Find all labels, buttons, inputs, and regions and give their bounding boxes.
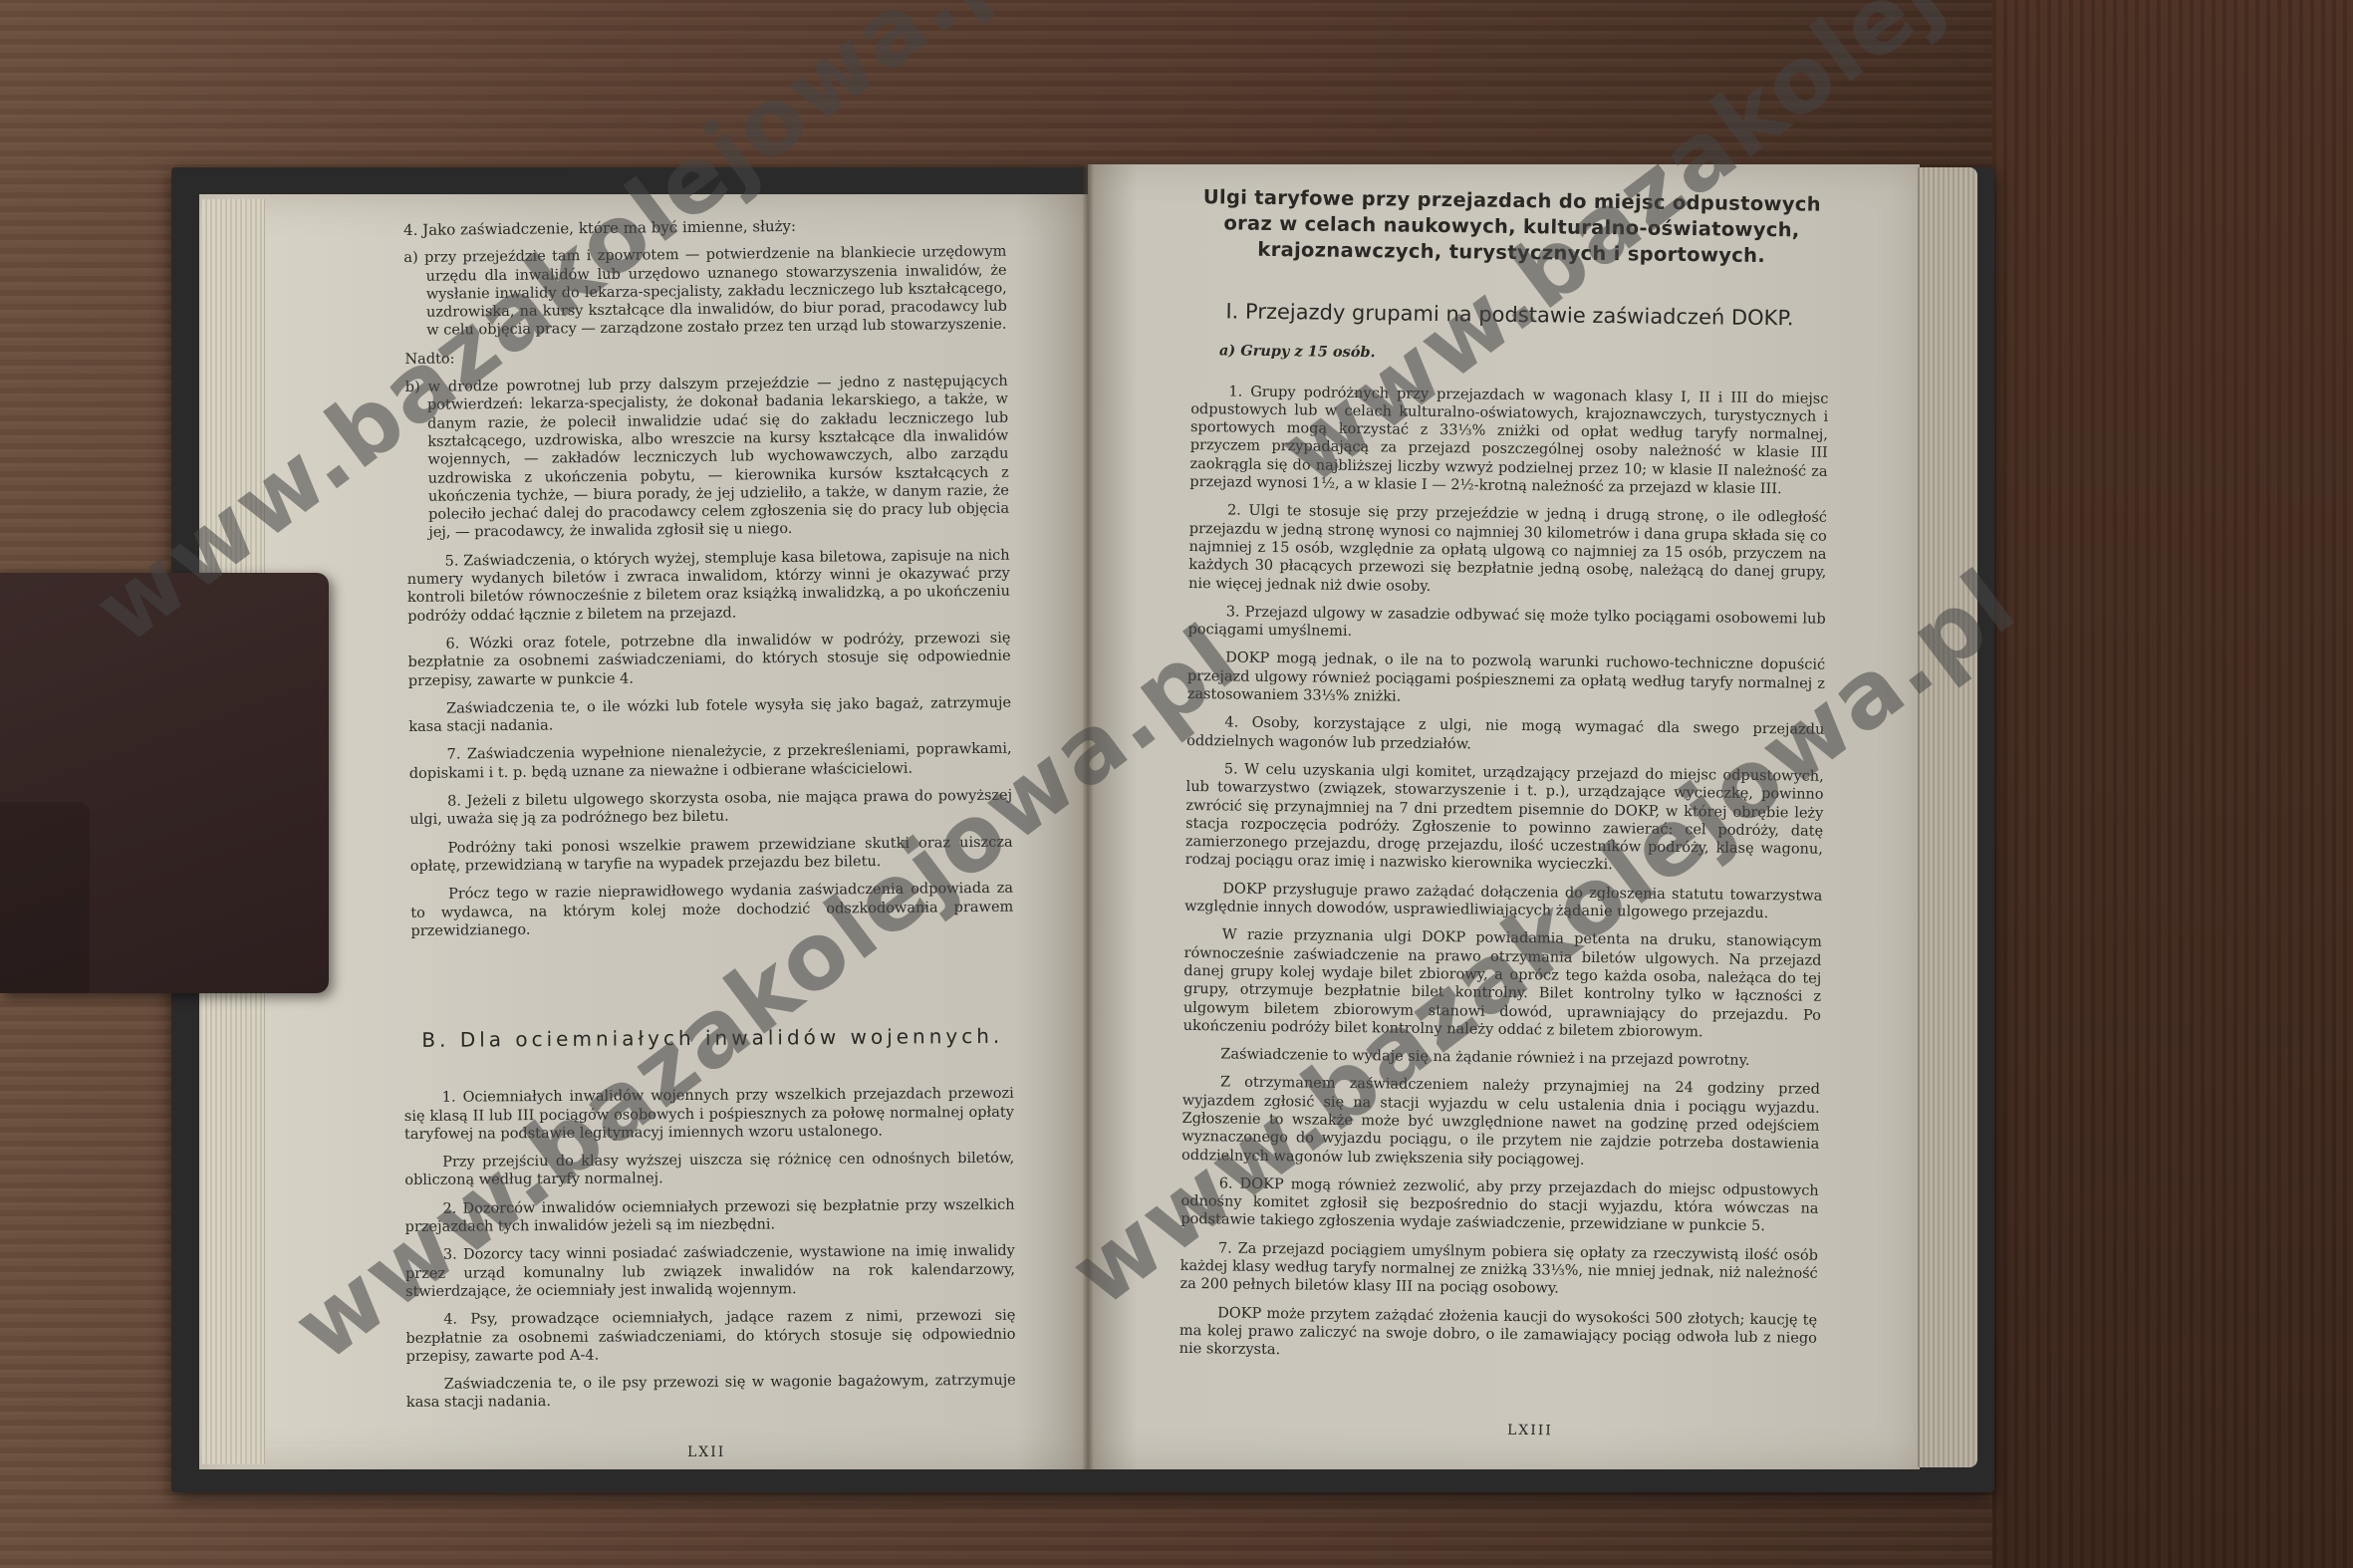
right-page-text: Ulgi taryfowe przy przejazdach do miejsc… bbox=[1178, 184, 1830, 1376]
paragraph: Prócz tego w razie nieprawidłowego wydan… bbox=[410, 880, 1014, 940]
paragraph: 6. DOKP mogą również zezwolić, aby przy … bbox=[1180, 1175, 1819, 1237]
paragraph: 7. Zaświadczenia wypełnione nienależycie… bbox=[409, 740, 1012, 783]
paragraph: Przy przejściu do klasy wyższej uiszcza … bbox=[404, 1150, 1014, 1190]
left-page-text-top: 4. Jako zaświadczenie, które ma być imie… bbox=[403, 215, 1014, 950]
paragraph: Zaświadczenie to wydaje się na żądanie r… bbox=[1182, 1045, 1820, 1071]
paragraph: Z otrzymanem zaświadczeniem należy przyn… bbox=[1181, 1073, 1820, 1172]
left-page-section-b: B. Dla ociemniałych inwalidów wojennych.… bbox=[403, 987, 1016, 1423]
book-gutter bbox=[1082, 164, 1094, 1469]
paragraph: Zaświadczenia te, o ile psy przewozi się… bbox=[406, 1372, 1016, 1413]
paragraph: Podróżny taki ponosi wszelkie prawem prz… bbox=[409, 833, 1012, 876]
subsection-heading: a) Grupy z 15 osób. bbox=[1191, 342, 1829, 368]
section-i-heading: I. Przejazdy grupami na podstawie zaświa… bbox=[1191, 302, 1829, 328]
section-b-heading: B. Dla ociemniałych inwalidów wojennych. bbox=[403, 1027, 1013, 1050]
paragraph: b) w drodze powrotnej lub przy dalszym p… bbox=[405, 373, 1010, 543]
wooden-table-right bbox=[1992, 0, 2353, 1568]
paragraph: 4. Psy, prowadzące ociemniałych, jadące … bbox=[405, 1307, 1015, 1366]
paragraph: Nadto: bbox=[404, 344, 1007, 369]
page-number-left: LXII bbox=[687, 1444, 725, 1460]
paragraph: 1. Grupy podróżnych przy przejazdach w w… bbox=[1189, 383, 1828, 500]
paragraph: 2. Dozorców inwalidów ociemniałych przew… bbox=[404, 1196, 1014, 1237]
paragraph: 1. Ociemniałych inwalidów wojennych przy… bbox=[404, 1085, 1014, 1144]
paragraph: W razie przyznania ulgi DOKP powiadamia … bbox=[1183, 925, 1822, 1043]
paragraph: 3. Przejazd ulgowy w zasadzie odbywać si… bbox=[1187, 603, 1825, 647]
paragraph: DOKP mogą jednak, o ile na to pozwolą wa… bbox=[1187, 649, 1826, 711]
page-number-right: LXIII bbox=[1507, 1423, 1553, 1439]
paragraph: 7. Za przejazd pociągiem umyślnym pobier… bbox=[1179, 1239, 1818, 1302]
paragraph: 6. Wózki oraz fotele, potrzebne dla inwa… bbox=[407, 630, 1011, 690]
page-title: Ulgi taryfowe przy przejazdach do miejsc… bbox=[1192, 184, 1831, 270]
dark-card-object bbox=[0, 573, 329, 993]
paragraph: 2. Ulgi te stosuje się przy przejeździe … bbox=[1188, 501, 1827, 600]
paragraph: 3. Dozorcy tacy winni posiadać zaświadcz… bbox=[405, 1242, 1015, 1301]
paragraph: 5. W celu uzyskania ulgi komitet, urządz… bbox=[1185, 760, 1824, 878]
paragraph: DOKP może przytem zażądać złożenia kaucj… bbox=[1179, 1304, 1818, 1367]
paragraph: a) przy przejeździe tam i zpowrotem — po… bbox=[403, 243, 1007, 341]
paragraph: 8. Jeżeli z biletu ulgowego skorzysta os… bbox=[409, 787, 1012, 830]
paragraph: 4. Osoby, korzystające z ulgi, nie mogą … bbox=[1186, 713, 1824, 757]
paragraph: DOKP przysługuje prawo zażądać dołączeni… bbox=[1184, 880, 1822, 923]
right-page-edges bbox=[1918, 167, 1977, 1467]
paragraph: 5. Zaświadczenia, o których wyżej, stemp… bbox=[406, 546, 1010, 626]
paragraph: Zaświadczenia te, o ile wózki lub fotele… bbox=[408, 693, 1011, 736]
